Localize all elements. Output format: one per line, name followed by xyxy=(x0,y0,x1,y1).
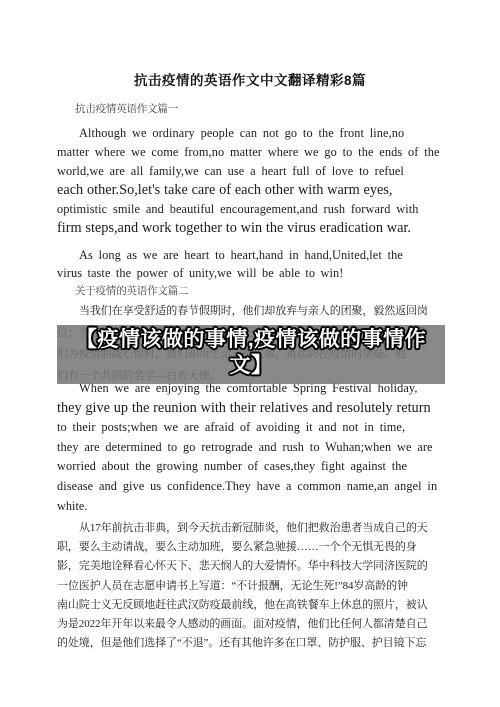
text-line: they are determined to go retrograde and… xyxy=(57,438,420,458)
watermark-text: 【疫情该做的事情,疫情该做的事情作 文】 xyxy=(57,327,445,379)
text-line: 影，完美地诠释看心怀天下、悲天悯人的大爱情怀。华中科技大学同济医院的 xyxy=(57,557,420,576)
paragraph: Although we ordinary people can not go t… xyxy=(57,124,420,238)
text-line: world,we are all family,we can use a hea… xyxy=(57,162,420,181)
section-heading: 抗击疫情英语作文篇一 xyxy=(75,101,178,118)
watermark-text-line: 【疫情该做的事情,疫情该做的事情作 xyxy=(57,327,445,353)
watermark-overlay-band: 【疫情该做的事情,疫情该做的事情作 文】 xyxy=(57,325,445,384)
text-line: to their posts;when we are afraid of avo… xyxy=(57,418,420,438)
text-line: disease and give us confidence.They have… xyxy=(57,477,420,497)
paragraph: 从17年前抗击非典，到今天抗击新冠肺炎，他们把救治患者当成自己的天职，要么主动请… xyxy=(57,519,420,653)
text-line: matter where we come from,no matter wher… xyxy=(57,143,420,162)
text-line: firm steps,and work together to win the … xyxy=(57,219,420,238)
text-line: 职，要么主动请战，要么主动加班，要么紧急驰援……一个个无惧无畏的身 xyxy=(57,538,420,557)
article-title: 抗击疫情的英语作文中文翻译精彩8篇 xyxy=(0,71,500,91)
text-line: 的处境，但是他们选择了“不退”。还有其他许多在口罩、防护服、护目镜下忘 xyxy=(57,634,420,653)
watermark-text-line: 文】 xyxy=(57,353,445,379)
text-line: they give up the reunion with their rela… xyxy=(57,399,420,419)
text-line: 当我们在享受舒适的春节假期时，他们却放弃与亲人的团聚，毅然返回岗 xyxy=(57,301,420,323)
section-heading: 关于疫情的英语作文篇二 xyxy=(75,283,188,300)
text-line: white. xyxy=(57,497,420,517)
text-line: As long as we are heart to heart,hand in… xyxy=(57,246,420,264)
text-line: 为是2022年开年以来最令人感动的画面。面对疫情，他们比任何人都清楚自己 xyxy=(57,615,420,634)
text-line: each other.So,let's take care of each ot… xyxy=(57,181,420,200)
text-line: 从17年前抗击非典，到今天抗击新冠肺炎，他们把救治患者当成自己的天 xyxy=(57,519,420,538)
paragraph: As long as we are heart to heart,hand in… xyxy=(57,246,420,282)
document-page: 抗击疫情的英语作文中文翻译精彩8篇 抗击疫情英语作文篇一Although we … xyxy=(0,0,500,707)
text-line: optimistic smile and beautiful encourage… xyxy=(57,200,420,219)
paragraph: When we are enjoying the comfortable Spr… xyxy=(57,379,420,516)
text-line: Although we ordinary people can not go t… xyxy=(57,124,420,143)
text-line: virus taste the power of unity,we will b… xyxy=(57,264,420,282)
text-line: 南山院士义无反顾地赶往武汉防疫最前线，他在高铁餐车上休息的照片，被认 xyxy=(57,596,420,615)
text-line: worried about the growing number of case… xyxy=(57,457,420,477)
text-line: 一位医护人员在志愿申请书上写道：“不计报酬，无论生死!”84岁高龄的钟 xyxy=(57,577,420,596)
